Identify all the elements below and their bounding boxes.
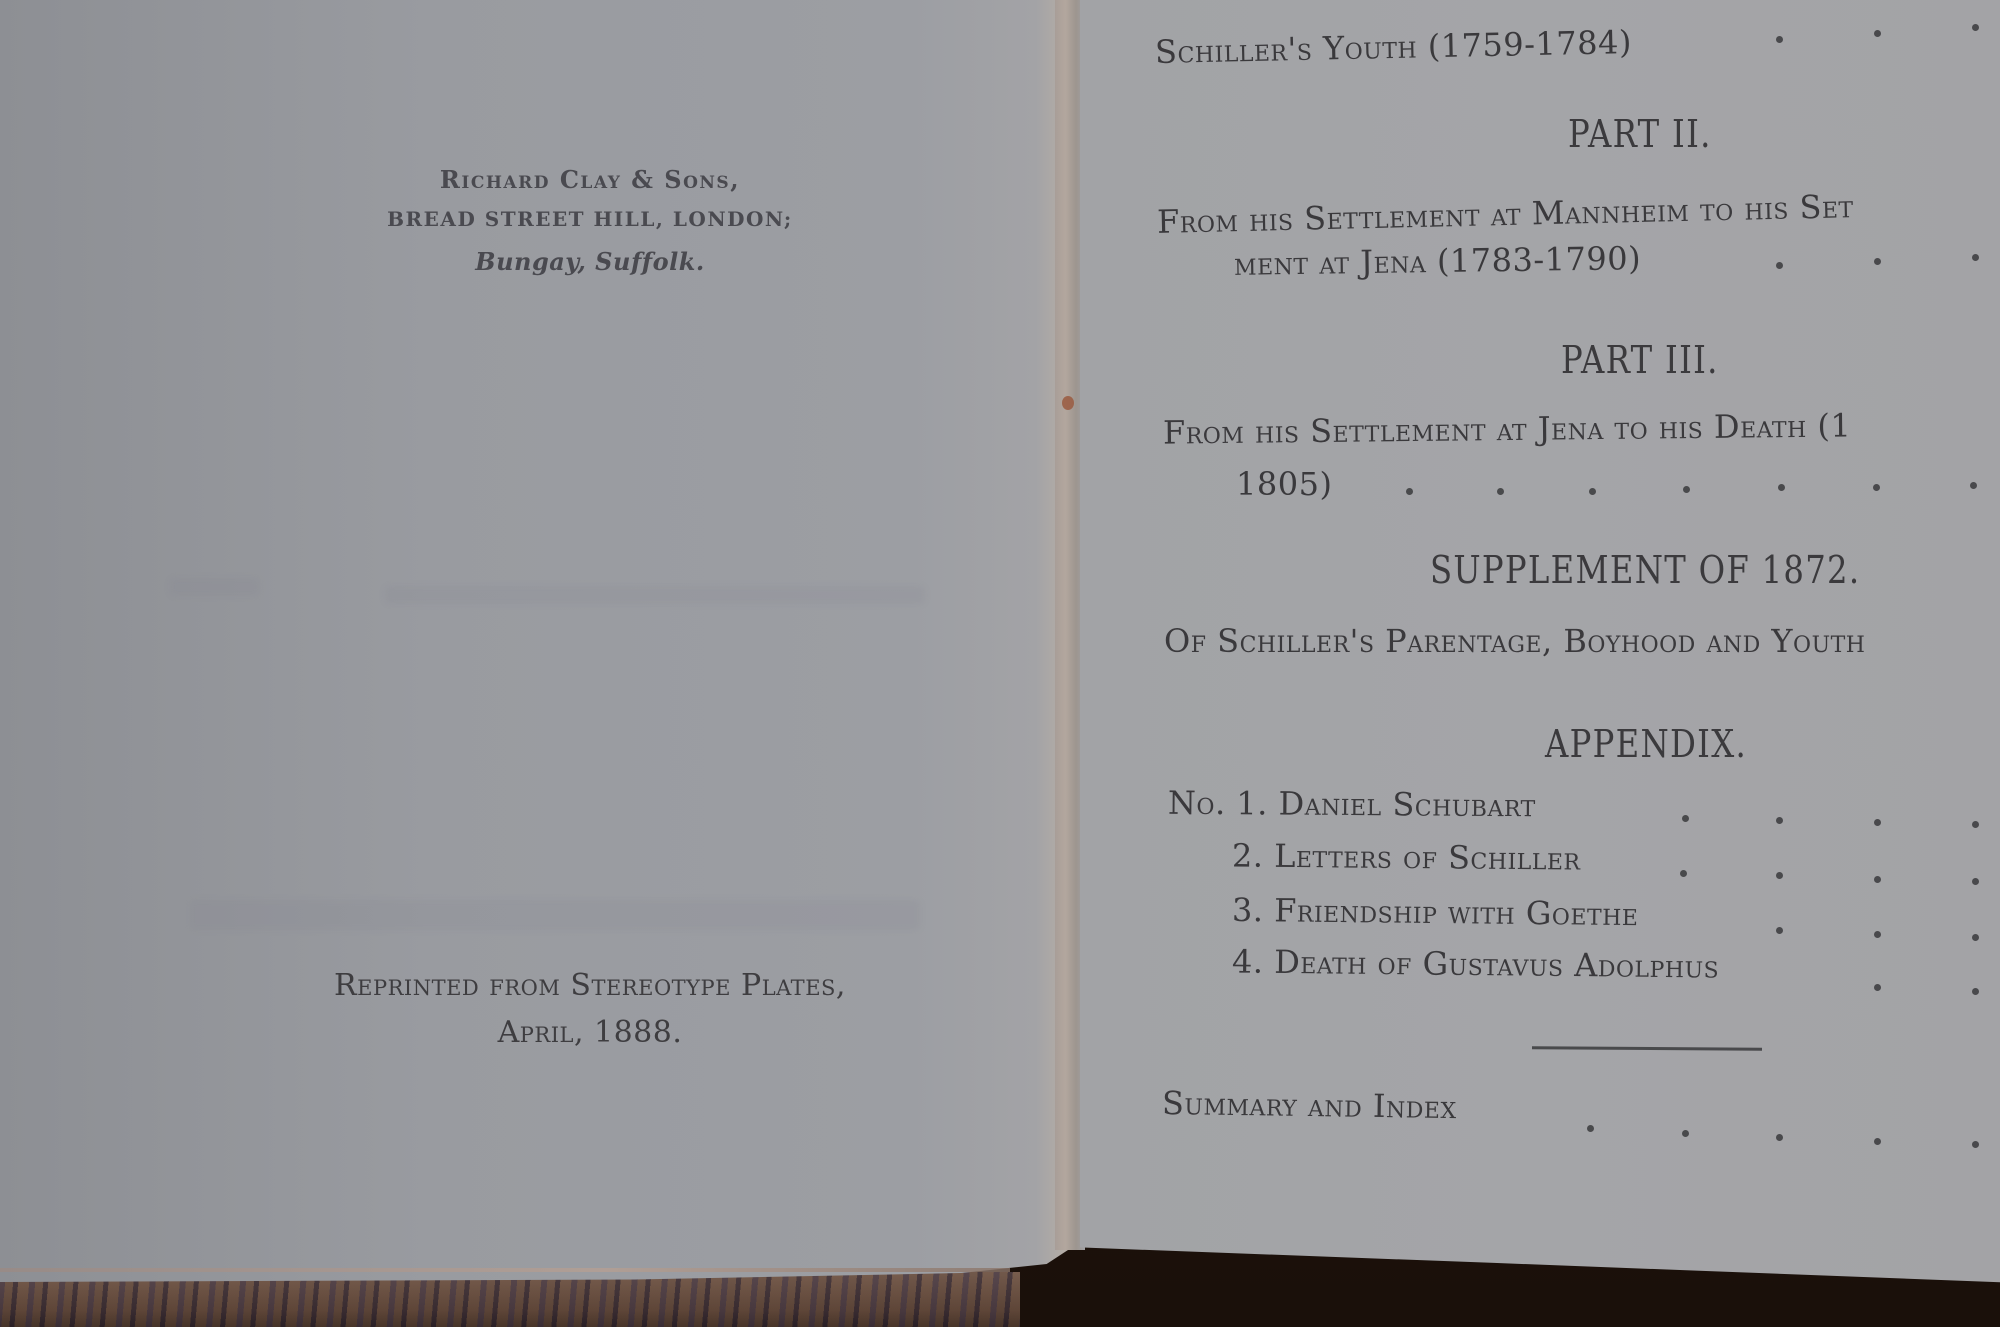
leader-dot [1874, 258, 1881, 265]
reprint-date: April, 1888. [250, 1015, 930, 1050]
leader-dot [1587, 1125, 1594, 1132]
part-heading: PART III. [1561, 338, 1719, 382]
foxing-spot [1062, 396, 1074, 410]
appendix-heading: APPENDIX. [1545, 722, 1747, 766]
leader-dot [1683, 486, 1690, 493]
part-heading: PART II. [1568, 112, 1712, 156]
leader-dot [1776, 927, 1783, 934]
supplement-heading: SUPPLEMENT OF 1872. [1430, 548, 1860, 592]
toc-entry: Summary and Index [1162, 1084, 1457, 1126]
show-through-mark [190, 900, 920, 930]
printer-address: BREAD STREET HILL, LONDON; [380, 207, 800, 231]
printer-location: Bungay, Suffolk. [380, 247, 800, 276]
leader-dot [1497, 488, 1504, 495]
leader-dot [1778, 484, 1785, 491]
leader-dot [1874, 984, 1881, 991]
leader-dot [1873, 484, 1880, 491]
reprint-notice: Reprinted from Stereotype Plates, [250, 968, 930, 1003]
toc-entry-continued: 1805) [1236, 465, 1332, 503]
leader-dot [1874, 1138, 1881, 1145]
toc-entry: From his Settlement at Jena to his Death… [1163, 406, 1852, 451]
left-page-edge [0, 1268, 1010, 1272]
show-through-mark [385, 586, 925, 604]
leader-dot [1972, 878, 1979, 885]
leader-dot [1972, 254, 1979, 261]
leader-dot [1682, 815, 1689, 822]
leader-dot [1972, 821, 1979, 828]
leader-dot [1972, 1141, 1979, 1148]
leader-dot [1776, 36, 1783, 43]
leader-dot [1874, 876, 1881, 883]
leader-dot [1874, 931, 1881, 938]
appendix-entry: No. 1. Daniel Schubart [1168, 784, 1536, 825]
leader-dot [1776, 872, 1783, 879]
leader-dot [1776, 817, 1783, 824]
toc-entry: Of Schiller's Parentage, Boyhood and You… [1164, 622, 1865, 660]
leader-dot [1682, 1130, 1689, 1137]
leader-dot [1776, 1134, 1783, 1141]
toc-entry-continued: ment at Jena (1783-1790) [1234, 239, 1642, 283]
leader-dot [1680, 870, 1687, 877]
printer-name: Richard Clay & Sons, [380, 165, 800, 194]
leader-dot [1776, 262, 1783, 269]
show-through-mark [170, 578, 260, 596]
leader-dot [1589, 488, 1596, 495]
leader-dot [1874, 819, 1881, 826]
leader-dot [1972, 988, 1979, 995]
appendix-entry: 4. Death of Gustavus Adolphus [1232, 942, 1720, 985]
leader-dot [1970, 482, 1977, 489]
appendix-entry: 2. Letters of Schiller [1232, 836, 1581, 877]
leader-dot [1406, 488, 1413, 495]
leader-dot [1972, 24, 1979, 31]
leader-dot [1972, 934, 1979, 941]
leader-dot [1874, 30, 1881, 37]
appendix-entry: 3. Friendship with Goethe [1232, 891, 1639, 933]
